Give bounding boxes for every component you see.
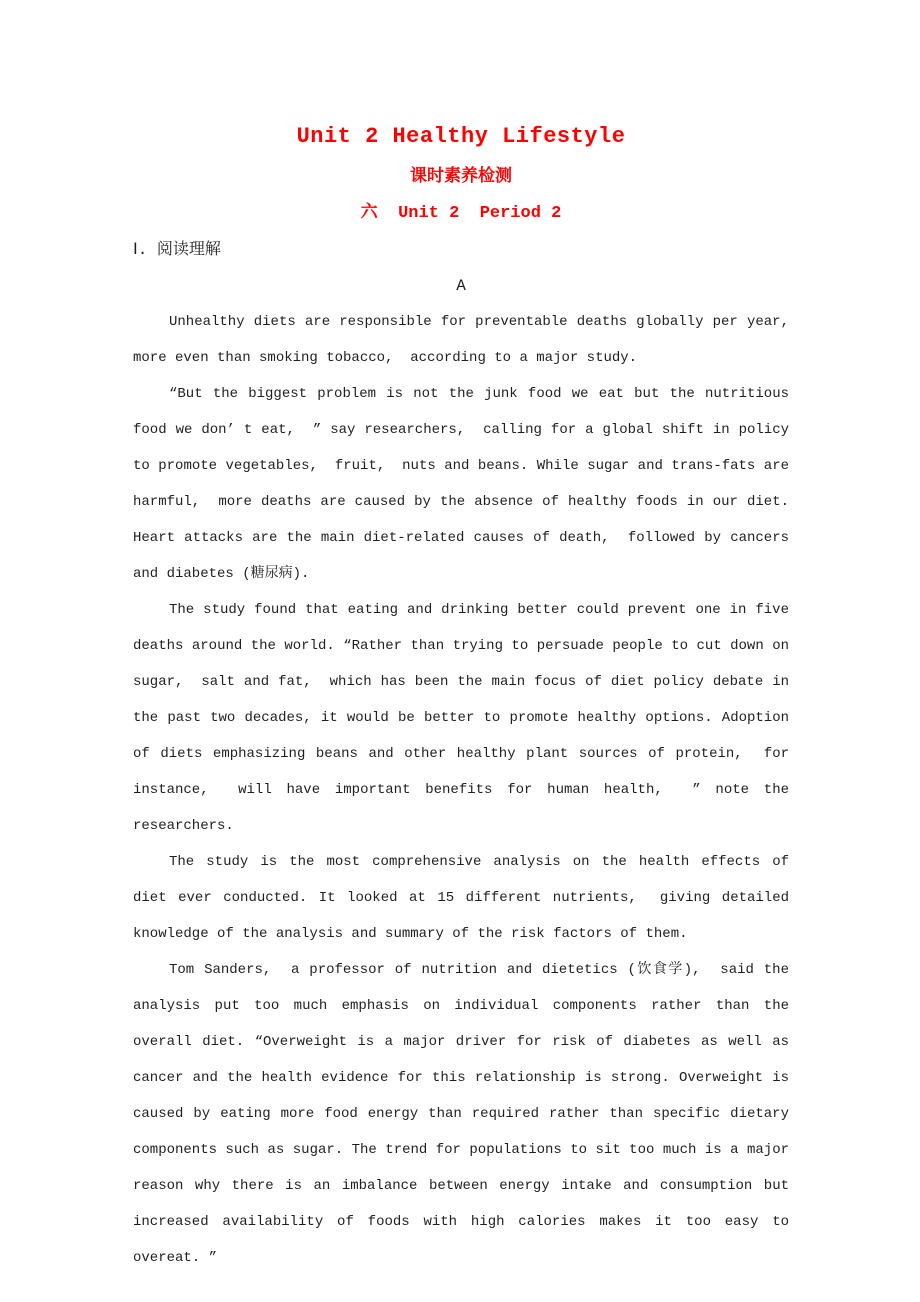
period-heading: 六 Unit 2 Period 2 <box>133 196 789 232</box>
passage-paragraph: Tom Sanders, a professor of nutrition an… <box>133 952 789 1276</box>
document-body: 课时素养检测 六 Unit 2 Period 2 Ⅰ. 阅读理解 A Unhea… <box>133 160 789 1276</box>
passage-paragraph: The study is the most comprehensive anal… <box>133 844 789 952</box>
assessment-subtitle: 课时素养检测 <box>133 160 789 196</box>
document-page: Unit 2 Healthy Lifestyle 课时素养检测 六 Unit 2… <box>0 0 920 1302</box>
passage-paragraph: The study found that eating and drinking… <box>133 592 789 844</box>
passage-label: A <box>133 268 789 304</box>
passage-paragraph: “But the biggest problem is not the junk… <box>133 376 789 592</box>
reading-passage: Unhealthy diets are responsible for prev… <box>133 304 789 1276</box>
document-title: Unit 2 Healthy Lifestyle <box>133 120 789 154</box>
passage-paragraph: Unhealthy diets are responsible for prev… <box>133 304 789 376</box>
section-heading-reading-comprehension: Ⅰ. 阅读理解 <box>133 232 789 268</box>
